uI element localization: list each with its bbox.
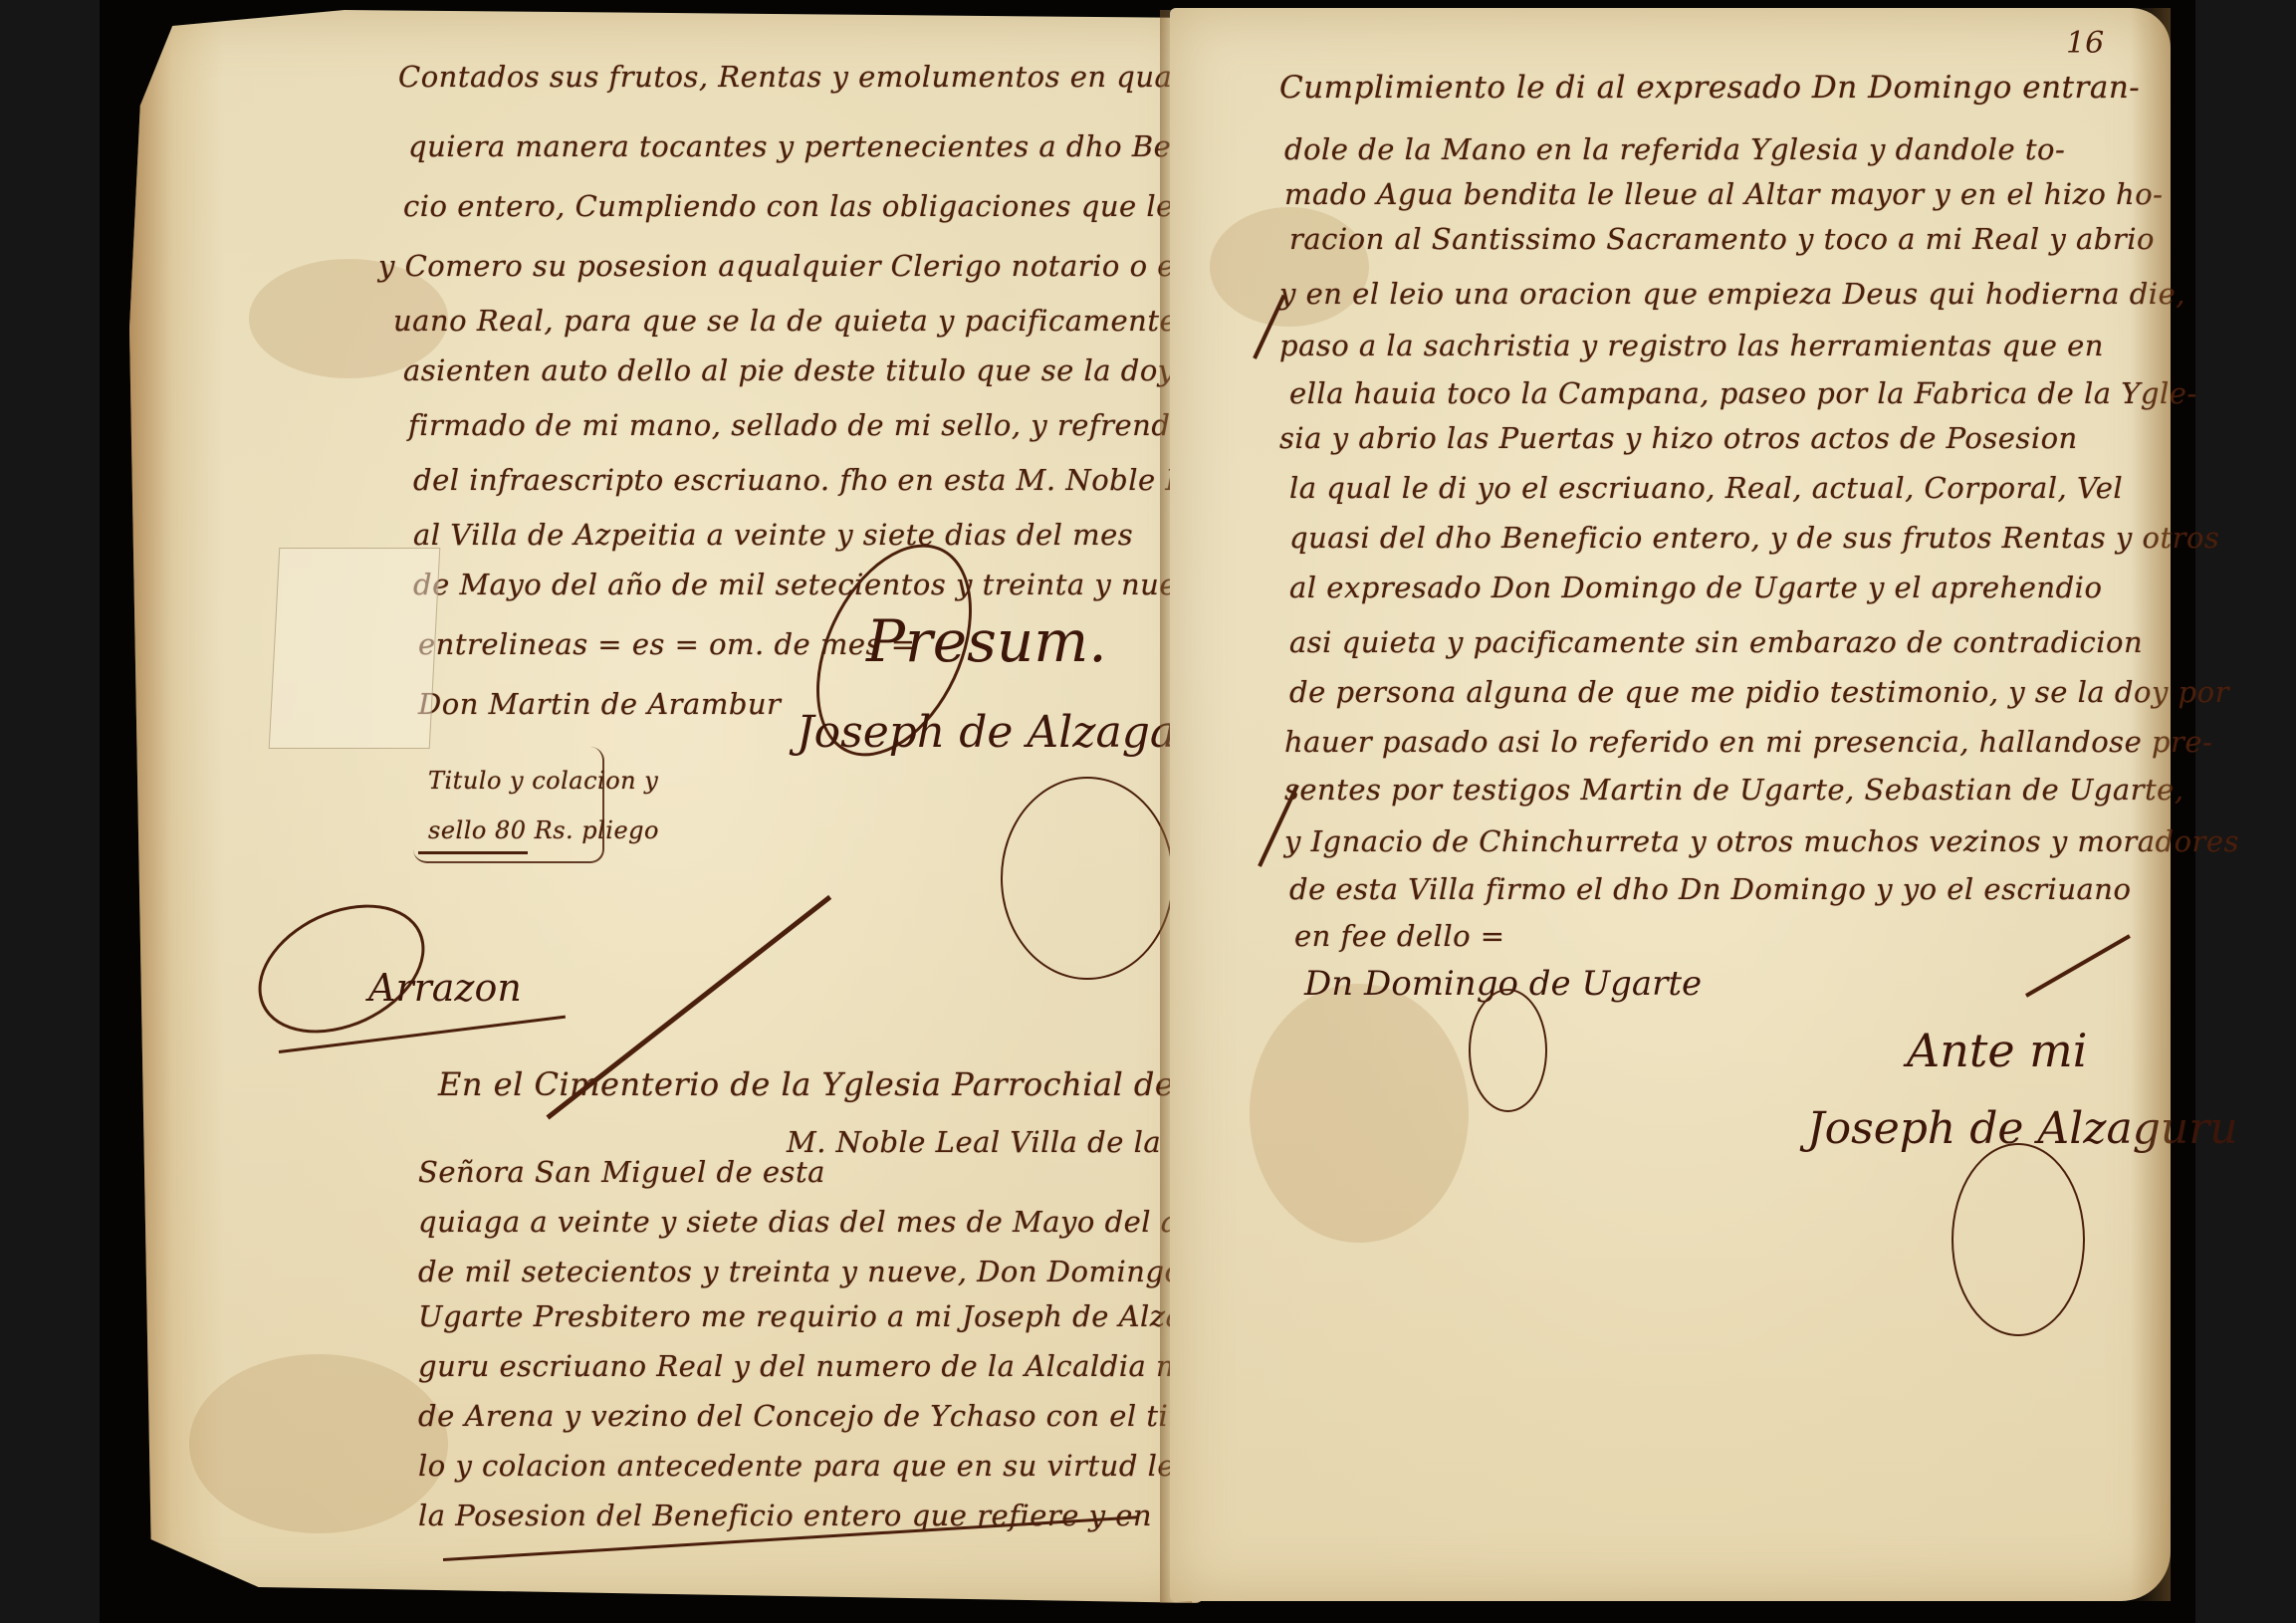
text-line: M. Noble Leal Villa de la — [787, 1125, 1161, 1159]
open-book: Contados sus frutos, Rentas y emolumento… — [100, 0, 2195, 1623]
stain — [189, 1354, 448, 1533]
text-line: guru escriuano Real y del numero de la A… — [418, 1349, 1251, 1383]
text-line: al Villa de Azpeitia a veinte y siete di… — [413, 518, 1133, 552]
text-line: de Mayo del año de mil setecientos y tre… — [413, 568, 1212, 601]
stain — [1250, 984, 1469, 1243]
text-line: ella hauia toco la Campana, paseo por la… — [1289, 376, 2197, 410]
text-line: firmado de mi mano, sellado de mi sello,… — [408, 408, 1225, 442]
text-line: Ugarte Presbitero me requirio a mi Josep… — [418, 1299, 1194, 1333]
text-line: de mil setecientos y treinta y nueve, Do… — [418, 1255, 1229, 1288]
text-line: la qual le di yo el escriuano, Real, act… — [1289, 471, 2123, 505]
text-line: mado Agua bendita le lleue al Altar mayo… — [1284, 177, 2163, 211]
signer-name: Don Martin de Arambur — [418, 687, 781, 721]
text-line: la Posesion del Beneficio entero que ref… — [418, 1499, 1152, 1532]
left-page: Contados sus frutos, Rentas y emolumento… — [129, 10, 1205, 1603]
text-line: hauer pasado asi lo referido en mi prese… — [1284, 725, 2212, 759]
text-line: uano Real, para que se la de quieta y pa… — [393, 304, 1204, 338]
text-line: y en el leio una oracion que empieza Deu… — [1279, 277, 2185, 311]
text-line: sia y abrio las Puertas y hizo otros act… — [1279, 421, 2078, 455]
rubric-text: Presum. — [866, 607, 1107, 675]
text-line: de esta Villa firmo el dho Dn Domingo y … — [1289, 872, 2131, 906]
rubric-loop — [1001, 777, 1174, 980]
text-line: quasi del dho Beneficio entero, y de sus… — [1289, 521, 2219, 555]
scan-frame: Contados sus frutos, Rentas y emolumento… — [100, 0, 2195, 1623]
text-line: y Comero su posesion aqualquier Clerigo … — [378, 249, 1241, 283]
text-line: en fee dello = — [1294, 919, 1505, 953]
right-page: 16 Cumplimiento le di al expresado Dn Do… — [1170, 8, 2171, 1601]
margin-note-line: sello 80 Rs. pliego — [428, 816, 659, 844]
text-line: asienten auto dello al pie deste titulo … — [403, 353, 1175, 387]
text-line: lo y colacion antecedente para que en su… — [418, 1449, 1222, 1483]
text-line: quiaga a veinte y siete dias del mes de … — [418, 1205, 1216, 1239]
text-line: racion al Santissimo Sacramento y toco a… — [1289, 222, 2155, 256]
text-line: de Arena y vezino del Concejo de Ychaso … — [418, 1399, 1210, 1433]
text-line: asi quieta y pacificamente sin embarazo … — [1289, 625, 2143, 659]
text-line: En el Cimenterio de la Yglesia Parrochia… — [438, 1065, 1215, 1103]
text-line: dole de la Mano en la referida Yglesia y… — [1284, 132, 2065, 166]
text-line: Contados sus frutos, Rentas y emolumento… — [398, 60, 1192, 94]
text-line: sentes por testigos Martin de Ugarte, Se… — [1284, 773, 2184, 807]
text-line: quiera manera tocantes y pertenecientes … — [408, 129, 1239, 163]
margin-note-line: Titulo y colacion y — [428, 767, 658, 795]
text-line: Señora San Miguel de esta — [418, 1155, 825, 1189]
text-line: de persona alguna de que me pidio testim… — [1289, 675, 2229, 709]
rubric-text: Arrazon — [368, 966, 522, 1010]
text-line: y Ignacio de Chinchurreta y otros muchos… — [1284, 824, 2239, 858]
rubric-text: Ante mi — [1907, 1024, 2088, 1077]
text-line: paso a la sachristia y registro las herr… — [1279, 329, 2104, 362]
text-line: del infraescripto escriuano. fho en esta… — [413, 463, 1195, 497]
text-line: al expresado Don Domingo de Ugarte y el … — [1289, 571, 2102, 604]
paper-repair-patch — [269, 548, 441, 749]
rubric-loop — [1469, 989, 1547, 1112]
folio-number: 16 — [2066, 26, 2104, 61]
margin-note-box — [413, 747, 604, 863]
pen-stroke — [2025, 934, 2131, 997]
text-line: Cumplimiento le di al expresado Dn Domin… — [1279, 70, 2140, 106]
rubric-loop — [1952, 1143, 2085, 1336]
underline — [418, 851, 528, 854]
